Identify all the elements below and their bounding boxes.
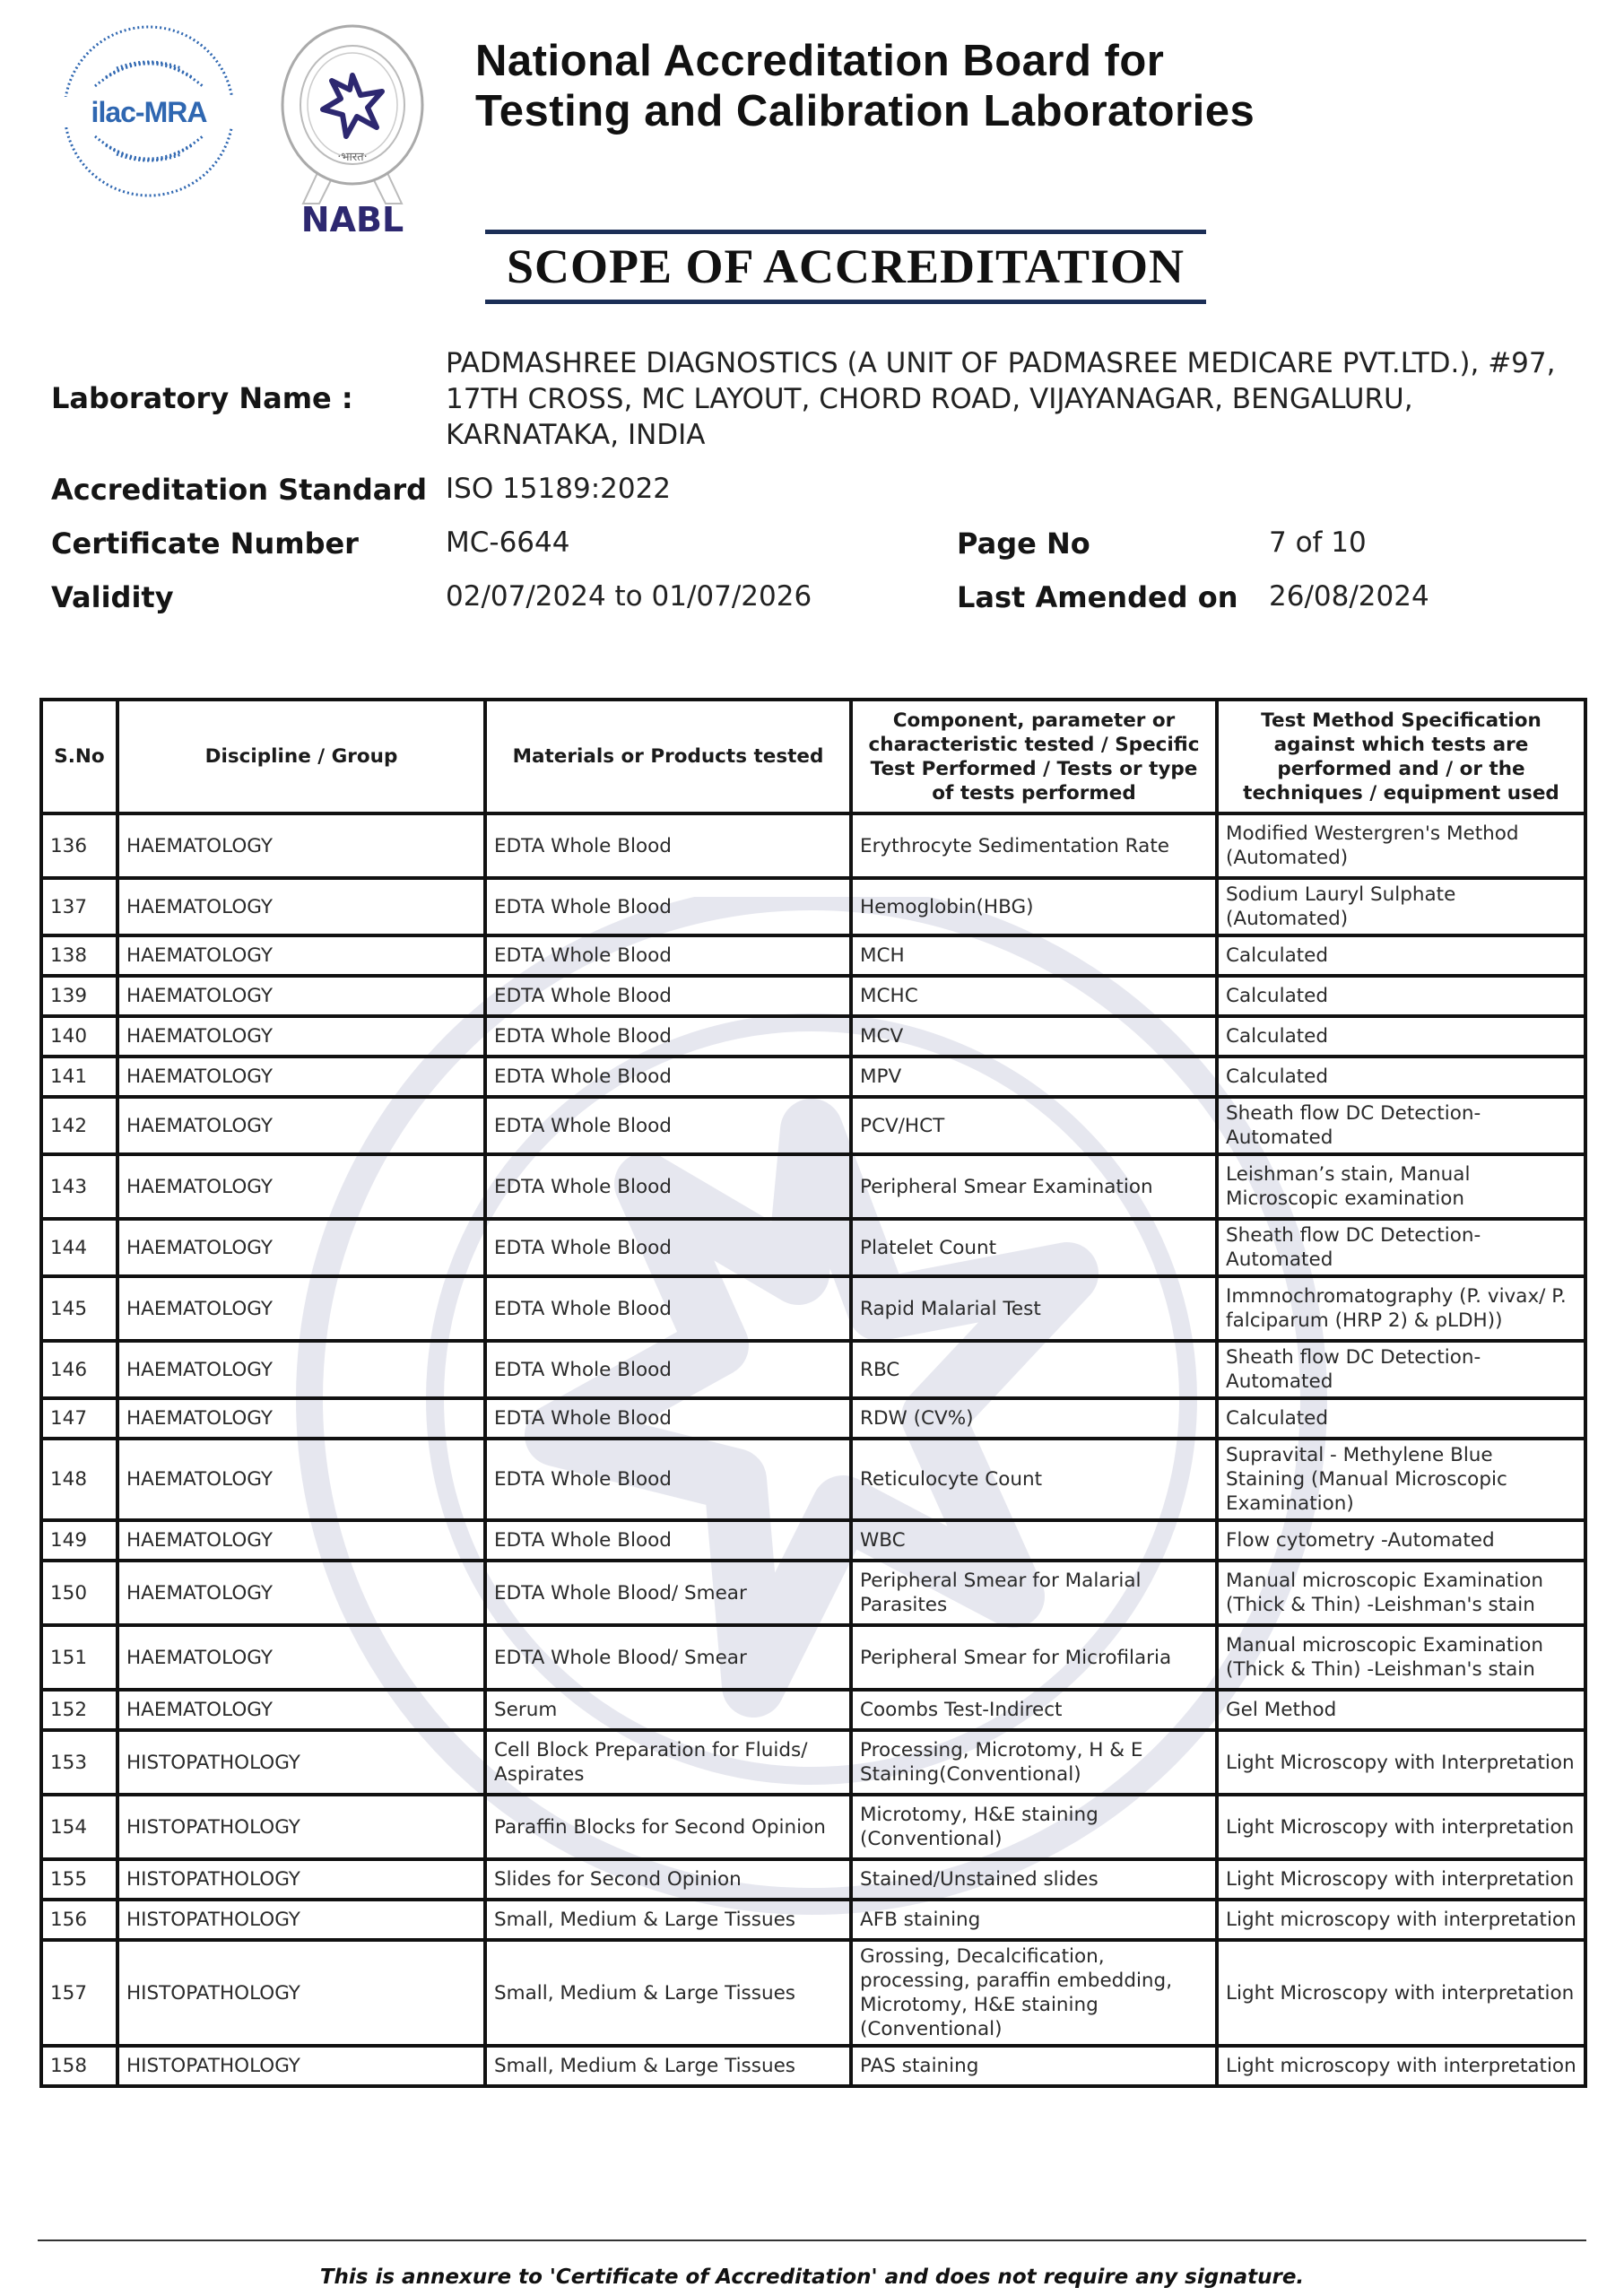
cell-material: EDTA Whole Blood xyxy=(485,1097,851,1154)
table-row: 144HAEMATOLOGYEDTA Whole BloodPlatelet C… xyxy=(41,1219,1585,1276)
cell-sno: 154 xyxy=(41,1795,117,1859)
cell-discipline: HISTOPATHOLOGY xyxy=(117,1795,485,1859)
cell-component: Grossing, Decalcification, processing, p… xyxy=(851,1940,1217,2046)
cell-test-method: Calculated xyxy=(1217,1398,1585,1439)
cell-sno: 140 xyxy=(41,1016,117,1057)
org-title-line1: National Accreditation Board for xyxy=(475,36,1255,86)
table-row: 141HAEMATOLOGYEDTA Whole BloodMPVCalcula… xyxy=(41,1057,1585,1097)
cell-component: Coombs Test-Indirect xyxy=(851,1690,1217,1730)
accreditation-standard-value: ISO 15189:2022 xyxy=(446,471,671,507)
cell-sno: 148 xyxy=(41,1439,117,1520)
cell-test-method: Light Microscopy with interpretation xyxy=(1217,1859,1585,1900)
cell-discipline: HAEMATOLOGY xyxy=(117,1561,485,1625)
table-row: 136HAEMATOLOGYEDTA Whole BloodErythrocyt… xyxy=(41,813,1585,878)
cell-test-method: Supravital - Methylene Blue Staining (Ma… xyxy=(1217,1439,1585,1520)
cell-discipline: HAEMATOLOGY xyxy=(117,1276,485,1341)
table-header-row: S.No Discipline / Group Materials or Pro… xyxy=(41,700,1585,813)
cell-test-method: Calculated xyxy=(1217,935,1585,976)
cell-component: Peripheral Smear for Microfilaria xyxy=(851,1625,1217,1690)
cell-discipline: HISTOPATHOLOGY xyxy=(117,1859,485,1900)
page-no-value: 7 of 10 xyxy=(1269,525,1367,561)
cell-component: Rapid Malarial Test xyxy=(851,1276,1217,1341)
organization-title: National Accreditation Board for Testing… xyxy=(475,36,1255,136)
table-row: 155HISTOPATHOLOGYSlides for Second Opini… xyxy=(41,1859,1585,1900)
certificate-number-value: MC-6644 xyxy=(446,525,569,561)
cell-sno: 142 xyxy=(41,1097,117,1154)
cell-component: MPV xyxy=(851,1057,1217,1097)
cell-discipline: HAEMATOLOGY xyxy=(117,1625,485,1690)
cell-discipline: HAEMATOLOGY xyxy=(117,1341,485,1398)
cell-component: WBC xyxy=(851,1520,1217,1561)
lab-name-line1: PADMASHREE DIAGNOSTICS (A UNIT OF PADMAS… xyxy=(446,345,1556,381)
cell-component: Erythrocyte Sedimentation Rate xyxy=(851,813,1217,878)
cell-test-method: Immnochromatography (P. vivax/ P. falcip… xyxy=(1217,1276,1585,1341)
cell-component: AFB staining xyxy=(851,1900,1217,1940)
table-row: 138HAEMATOLOGYEDTA Whole BloodMCHCalcula… xyxy=(41,935,1585,976)
cell-material: EDTA Whole Blood xyxy=(485,1341,851,1398)
cell-material: EDTA Whole Blood xyxy=(485,1016,851,1057)
cell-discipline: HISTOPATHOLOGY xyxy=(117,1730,485,1795)
cell-test-method: Calculated xyxy=(1217,1016,1585,1057)
cell-test-method: Light microscopy with interpretation xyxy=(1217,1900,1585,1940)
cell-sno: 147 xyxy=(41,1398,117,1439)
svg-text:ilac-MRA: ilac-MRA xyxy=(91,96,208,128)
cell-discipline: HAEMATOLOGY xyxy=(117,1439,485,1520)
lab-name-line2: 17TH CROSS, MC LAYOUT, CHORD ROAD, VIJAY… xyxy=(446,381,1556,417)
cell-discipline: HAEMATOLOGY xyxy=(117,1154,485,1219)
table-row: 154HISTOPATHOLOGYParaffin Blocks for Sec… xyxy=(41,1795,1585,1859)
cell-material: EDTA Whole Blood xyxy=(485,1057,851,1097)
cell-sno: 138 xyxy=(41,935,117,976)
cell-discipline: HISTOPATHOLOGY xyxy=(117,1940,485,2046)
cell-sno: 136 xyxy=(41,813,117,878)
svg-text:NABL: NABL xyxy=(301,200,404,235)
column-header-component: Component, parameter or characteristic t… xyxy=(851,700,1217,813)
cell-component: RDW (CV%) xyxy=(851,1398,1217,1439)
column-header-sno: S.No xyxy=(41,700,117,813)
validity-value: 02/07/2024 to 01/07/2026 xyxy=(446,578,812,614)
table-row: 142HAEMATOLOGYEDTA Whole BloodPCV/HCTShe… xyxy=(41,1097,1585,1154)
table-row: 146HAEMATOLOGYEDTA Whole BloodRBCSheath … xyxy=(41,1341,1585,1398)
cell-sno: 156 xyxy=(41,1900,117,1940)
org-title-line2: Testing and Calibration Laboratories xyxy=(475,86,1255,136)
cell-component: PAS staining xyxy=(851,2046,1217,2086)
cell-discipline: HAEMATOLOGY xyxy=(117,976,485,1016)
cell-component: Peripheral Smear Examination xyxy=(851,1154,1217,1219)
cell-discipline: HAEMATOLOGY xyxy=(117,1398,485,1439)
cell-material: EDTA Whole Blood xyxy=(485,878,851,935)
cell-discipline: HAEMATOLOGY xyxy=(117,1057,485,1097)
lab-name-line3: KARNATAKA, INDIA xyxy=(446,417,1556,453)
table-body: 136HAEMATOLOGYEDTA Whole BloodErythrocyt… xyxy=(41,813,1585,2086)
cell-test-method: Leishman’s stain, Manual Microscopic exa… xyxy=(1217,1154,1585,1219)
cell-component: Peripheral Smear for Malarial Parasites xyxy=(851,1561,1217,1625)
table-row: 158HISTOPATHOLOGYSmall, Medium & Large T… xyxy=(41,2046,1585,2086)
cell-component: MCH xyxy=(851,935,1217,976)
cell-sno: 149 xyxy=(41,1520,117,1561)
cell-test-method: Sheath flow DC Detection-Automated xyxy=(1217,1219,1585,1276)
cell-discipline: HAEMATOLOGY xyxy=(117,813,485,878)
cell-material: Small, Medium & Large Tissues xyxy=(485,2046,851,2086)
table-row: 147HAEMATOLOGYEDTA Whole BloodRDW (CV%)C… xyxy=(41,1398,1585,1439)
cell-material: EDTA Whole Blood/ Smear xyxy=(485,1625,851,1690)
page-no-label: Page No xyxy=(957,526,1090,561)
last-amended-value: 26/08/2024 xyxy=(1269,578,1429,614)
table-row: 148HAEMATOLOGYEDTA Whole BloodReticulocy… xyxy=(41,1439,1585,1520)
cell-material: EDTA Whole Blood xyxy=(485,1398,851,1439)
lab-name-label: Laboratory Name : xyxy=(51,381,353,415)
cell-material: EDTA Whole Blood xyxy=(485,1439,851,1520)
cell-test-method: Light microscopy with interpretation xyxy=(1217,2046,1585,2086)
cell-component: Platelet Count xyxy=(851,1219,1217,1276)
lab-name-value: PADMASHREE DIAGNOSTICS (A UNIT OF PADMAS… xyxy=(446,345,1556,453)
cell-material: Serum xyxy=(485,1690,851,1730)
cell-discipline: HAEMATOLOGY xyxy=(117,1520,485,1561)
cell-material: EDTA Whole Blood xyxy=(485,1219,851,1276)
footer-divider xyxy=(38,2239,1586,2241)
cell-test-method: Manual microscopic Examination (Thick & … xyxy=(1217,1625,1585,1690)
cell-material: EDTA Whole Blood/ Smear xyxy=(485,1561,851,1625)
column-header-discipline: Discipline / Group xyxy=(117,700,485,813)
scope-title: SCOPE OF ACCREDITATION xyxy=(485,235,1206,298)
cell-test-method: Calculated xyxy=(1217,1057,1585,1097)
cell-component: MCHC xyxy=(851,976,1217,1016)
table-row: 153HISTOPATHOLOGYCell Block Preparation … xyxy=(41,1730,1585,1795)
cell-material: EDTA Whole Blood xyxy=(485,813,851,878)
table-row: 140HAEMATOLOGYEDTA Whole BloodMCVCalcula… xyxy=(41,1016,1585,1057)
cell-sno: 151 xyxy=(41,1625,117,1690)
cell-test-method: Light Microscopy with interpretation xyxy=(1217,1795,1585,1859)
cell-component: RBC xyxy=(851,1341,1217,1398)
cell-material: EDTA Whole Blood xyxy=(485,976,851,1016)
cell-material: Cell Block Preparation for Fluids/ Aspir… xyxy=(485,1730,851,1795)
cell-material: Small, Medium & Large Tissues xyxy=(485,1940,851,2046)
cell-sno: 144 xyxy=(41,1219,117,1276)
cell-sno: 152 xyxy=(41,1690,117,1730)
cell-sno: 158 xyxy=(41,2046,117,2086)
cell-test-method: Sheath flow DC Detection-Automated xyxy=(1217,1097,1585,1154)
cell-component: Hemoglobin(HBG) xyxy=(851,878,1217,935)
column-header-test-method: Test Method Specification against which … xyxy=(1217,700,1585,813)
svg-text:·भारत·: ·भारत· xyxy=(337,151,368,164)
cell-material: EDTA Whole Blood xyxy=(485,1154,851,1219)
cell-test-method: Light Microscopy with Interpretation xyxy=(1217,1730,1585,1795)
column-header-materials: Materials or Products tested xyxy=(485,700,851,813)
table-row: 149HAEMATOLOGYEDTA Whole BloodWBCFlow cy… xyxy=(41,1520,1585,1561)
cell-material: Small, Medium & Large Tissues xyxy=(485,1900,851,1940)
table-row: 156HISTOPATHOLOGYSmall, Medium & Large T… xyxy=(41,1900,1585,1940)
table-row: 137HAEMATOLOGYEDTA Whole BloodHemoglobin… xyxy=(41,878,1585,935)
cell-component: Microtomy, H&E staining (Conventional) xyxy=(851,1795,1217,1859)
cell-component: MCV xyxy=(851,1016,1217,1057)
cell-component: Stained/Unstained slides xyxy=(851,1859,1217,1900)
ilac-mra-logo: ilac-MRA xyxy=(61,23,237,199)
table-row: 151HAEMATOLOGYEDTA Whole Blood/ SmearPer… xyxy=(41,1625,1585,1690)
table-row: 143HAEMATOLOGYEDTA Whole BloodPeripheral… xyxy=(41,1154,1585,1219)
cell-sno: 139 xyxy=(41,976,117,1016)
cell-material: EDTA Whole Blood xyxy=(485,1276,851,1341)
nabl-logo: ·भारत· NABL xyxy=(276,20,429,235)
table-row: 139HAEMATOLOGYEDTA Whole BloodMCHCCalcul… xyxy=(41,976,1585,1016)
cell-sno: 153 xyxy=(41,1730,117,1795)
cell-test-method: Flow cytometry -Automated xyxy=(1217,1520,1585,1561)
cell-test-method: Sodium Lauryl Sulphate (Automated) xyxy=(1217,878,1585,935)
cell-material: EDTA Whole Blood xyxy=(485,1520,851,1561)
table-row: 145HAEMATOLOGYEDTA Whole BloodRapid Mala… xyxy=(41,1276,1585,1341)
cell-material: EDTA Whole Blood xyxy=(485,935,851,976)
cell-discipline: HAEMATOLOGY xyxy=(117,1016,485,1057)
cell-component: Reticulocyte Count xyxy=(851,1439,1217,1520)
cell-material: Paraffin Blocks for Second Opinion xyxy=(485,1795,851,1859)
cell-component: PCV/HCT xyxy=(851,1097,1217,1154)
table-row: 152HAEMATOLOGYSerumCoombs Test-IndirectG… xyxy=(41,1690,1585,1730)
cell-discipline: HAEMATOLOGY xyxy=(117,935,485,976)
scope-title-rule-bottom xyxy=(485,300,1206,304)
cell-sno: 146 xyxy=(41,1341,117,1398)
validity-label: Validity xyxy=(51,580,174,614)
cell-sno: 157 xyxy=(41,1940,117,2046)
scope-table: S.No Discipline / Group Materials or Pro… xyxy=(39,698,1587,2088)
cell-discipline: HISTOPATHOLOGY xyxy=(117,1900,485,1940)
cell-sno: 143 xyxy=(41,1154,117,1219)
cell-material: Slides for Second Opinion xyxy=(485,1859,851,1900)
table-row: 150HAEMATOLOGYEDTA Whole Blood/ SmearPer… xyxy=(41,1561,1585,1625)
footer-note: This is annexure to 'Certificate of Accr… xyxy=(0,2266,1624,2289)
cell-test-method: Gel Method xyxy=(1217,1690,1585,1730)
table-row: 157HISTOPATHOLOGYSmall, Medium & Large T… xyxy=(41,1940,1585,2046)
cell-discipline: HAEMATOLOGY xyxy=(117,878,485,935)
cell-sno: 150 xyxy=(41,1561,117,1625)
cell-discipline: HISTOPATHOLOGY xyxy=(117,2046,485,2086)
cell-sno: 145 xyxy=(41,1276,117,1341)
cell-sno: 141 xyxy=(41,1057,117,1097)
certificate-number-label: Certificate Number xyxy=(51,526,359,561)
cell-sno: 155 xyxy=(41,1859,117,1900)
cell-test-method: Manual microscopic Examination (Thick & … xyxy=(1217,1561,1585,1625)
cell-test-method: Sheath flow DC Detection-Automated xyxy=(1217,1341,1585,1398)
cell-sno: 137 xyxy=(41,878,117,935)
cell-component: Processing, Microtomy, H & E Staining(Co… xyxy=(851,1730,1217,1795)
cell-test-method: Light Microscopy with interpretation xyxy=(1217,1940,1585,2046)
cell-discipline: HAEMATOLOGY xyxy=(117,1690,485,1730)
cell-test-method: Calculated xyxy=(1217,976,1585,1016)
cell-discipline: HAEMATOLOGY xyxy=(117,1097,485,1154)
cell-discipline: HAEMATOLOGY xyxy=(117,1219,485,1276)
scope-title-rule-top xyxy=(485,230,1206,234)
last-amended-label: Last Amended on xyxy=(957,580,1238,614)
accreditation-standard-label: Accreditation Standard xyxy=(51,473,427,507)
cell-test-method: Modified Westergren's Method (Automated) xyxy=(1217,813,1585,878)
